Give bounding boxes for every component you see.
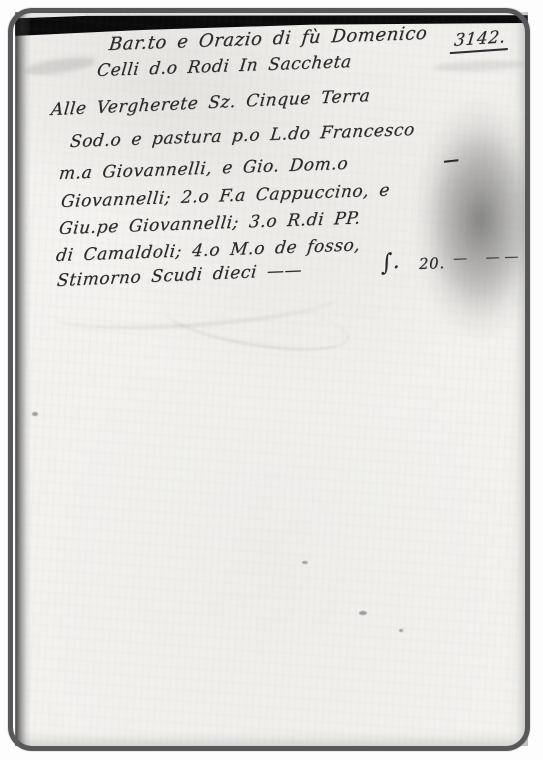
body-line-3: m.a Giovannelli, e Gio. Dom.o	[58, 154, 349, 184]
margin-dash-mark: —	[442, 149, 461, 170]
paper-speck	[399, 629, 403, 632]
manuscript-page: Bar.to e Orazio di fù Domenico 3142. Cel…	[15, 12, 528, 746]
amount-value: 20.	[419, 254, 445, 273]
paper-speck	[302, 561, 308, 564]
page-left-edge-shadow	[15, 12, 31, 746]
body-line-6: di Camaldoli; 4.o M.o de fosso,	[55, 235, 361, 266]
page-number: 3142.	[450, 27, 510, 54]
body-line-4: Giovannelli; 2.o F.a Cappuccino, e	[60, 180, 391, 212]
paper-speck	[359, 611, 367, 615]
right-edge-stain	[413, 97, 528, 342]
body-line-2: Sod.o e pastura p.o L.do Francesco	[69, 120, 416, 152]
ink-smudge	[23, 54, 96, 78]
scudi-symbol: ∫.	[381, 248, 400, 278]
paper-speck	[32, 412, 38, 416]
ink-smudge	[433, 59, 525, 72]
heading-line-2: Celli d.o Rodi In Saccheta	[96, 52, 353, 81]
scan-viewer: Bar.to e Orazio di fù Domenico 3142. Cel…	[0, 0, 543, 760]
body-line-1: Alle Vergherete Sz. Cinque Terra	[50, 86, 371, 120]
body-line-5: Giu.pe Giovannelli; 3.o R.di PP.	[58, 208, 362, 239]
amount-trailing-dashes: — ——	[453, 249, 524, 267]
